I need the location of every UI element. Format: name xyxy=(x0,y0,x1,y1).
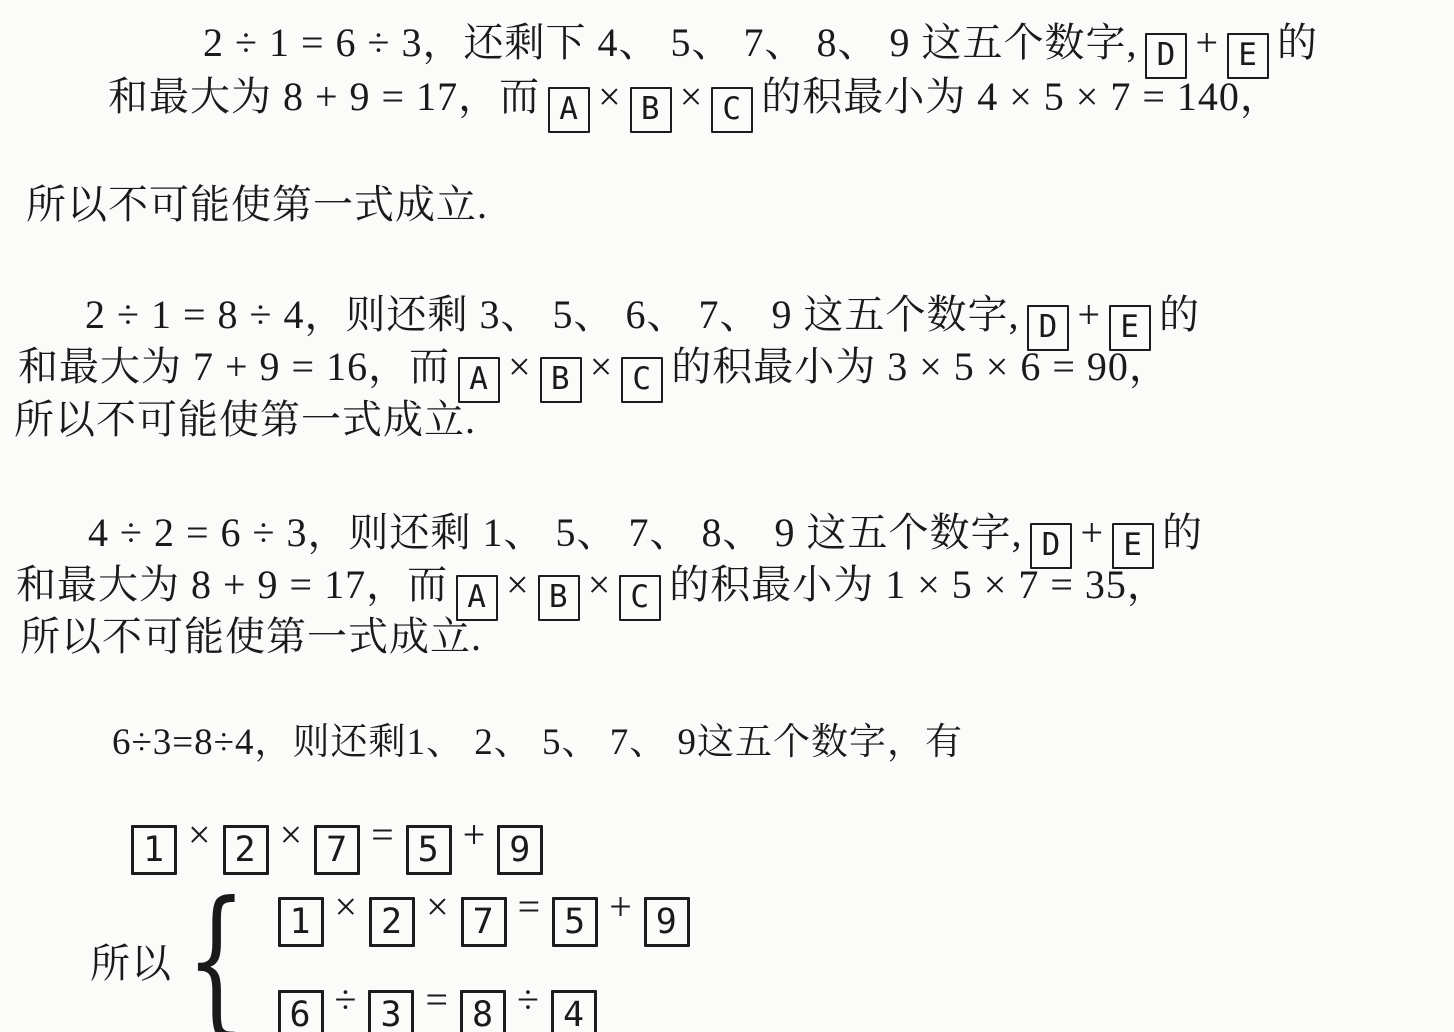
boxed-symbol: C xyxy=(711,87,753,133)
boxed-symbol: 8 xyxy=(460,990,506,1032)
text-run: + xyxy=(1080,510,1104,555)
scanned-document-page: 2 ÷ 1 = 6 ÷ 3，还剩下 4、 5、 7、 8、 9 这五个数字,D+… xyxy=(0,0,1454,1032)
text-run: × xyxy=(680,74,704,119)
text-run: 的 xyxy=(1159,292,1200,337)
text-run: 和最大为 8 + 9 = 17，而 xyxy=(108,74,540,119)
boxed-symbol: C xyxy=(619,575,661,621)
text-run: × xyxy=(508,344,532,389)
boxed-symbol: B xyxy=(538,575,580,621)
text-run: 6÷3=8÷4，则还剩1、 2、 5、 7、 9这五个数字，有 xyxy=(112,722,963,763)
text-run: × xyxy=(335,884,359,929)
boxed-symbol: B xyxy=(630,87,672,133)
text-run: 和最大为 7 + 9 = 16，而 xyxy=(18,344,450,389)
system-equation-1: 1×2×7=5+9 xyxy=(267,880,701,947)
text-run: = xyxy=(371,812,395,857)
para3-conclusion-line: 所以不可能使第一式成立. xyxy=(20,610,482,664)
boxed-symbol: 9 xyxy=(644,897,690,947)
text-run: 所以不可能使第一式成立. xyxy=(14,397,476,442)
text-run: + xyxy=(463,812,487,857)
boxed-symbol: 4 xyxy=(551,990,597,1032)
text-run: + xyxy=(1195,20,1219,65)
boxed-symbol: 7 xyxy=(314,825,360,875)
left-brace: { xyxy=(186,890,246,1030)
text-run: + xyxy=(609,884,633,929)
text-run: 所以不可能使第一式成立. xyxy=(26,182,488,227)
para4-line1: 6÷3=8÷4，则还剩1、 2、 5、 7、 9这五个数字，有 xyxy=(112,716,963,770)
text-run: × xyxy=(598,74,622,119)
boxed-symbol: 2 xyxy=(369,897,415,947)
boxed-symbol: C xyxy=(621,357,663,403)
text-run: × xyxy=(188,812,212,857)
boxed-symbol: 5 xyxy=(406,825,452,875)
text-run: 的 xyxy=(1162,510,1203,555)
conclusion-block: 所以 { 1×2×7=5+9 6÷3=8÷4 xyxy=(90,880,701,1032)
text-run: × xyxy=(590,344,614,389)
text-run: × xyxy=(588,562,612,607)
para1-conclusion-line: 所以不可能使第一式成立. xyxy=(26,178,488,232)
system-equation-2: 6÷3=8÷4 xyxy=(267,973,701,1032)
text-run: 的积最小为 1 × 5 × 7 = 35， xyxy=(669,562,1168,607)
boxed-symbol: A xyxy=(548,87,590,133)
boxed-symbol: 6 xyxy=(278,990,324,1032)
text-run: 所以不可能使第一式成立. xyxy=(20,614,482,659)
equation-standalone: 1×2×7=5+9 xyxy=(120,808,554,875)
text-run: 4 ÷ 2 = 6 ÷ 3，则还剩 1、 5、 7、 8、 9 这五个数字, xyxy=(88,510,1022,555)
boxed-symbol: 9 xyxy=(497,825,543,875)
para1-line2: 和最大为 8 + 9 = 17，而A×B×C的积最小为 4 × 5 × 7 = … xyxy=(108,70,1281,133)
text-run: = xyxy=(518,884,542,929)
boxed-symbol: B xyxy=(540,357,582,403)
text-run: = xyxy=(425,977,449,1022)
boxed-symbol: 7 xyxy=(461,897,507,947)
boxed-symbol: 1 xyxy=(131,825,177,875)
text-run: × xyxy=(280,812,304,857)
text-run: × xyxy=(426,884,450,929)
para2-conclusion-line: 所以不可能使第一式成立. xyxy=(14,393,476,447)
text-run: 2 ÷ 1 = 6 ÷ 3，还剩下 4、 5、 7、 8、 9 这五个数字, xyxy=(203,20,1137,65)
boxed-symbol: 5 xyxy=(552,897,598,947)
text-run: 的积最小为 4 × 5 × 7 = 140， xyxy=(761,74,1281,119)
boxed-symbol: 3 xyxy=(368,990,414,1032)
text-run: 2 ÷ 1 = 8 ÷ 4，则还剩 3、 5、 6、 7、 9 这五个数字, xyxy=(85,292,1019,337)
text-run: ÷ xyxy=(517,977,540,1022)
text-run: 的 xyxy=(1277,20,1318,65)
text-run: ÷ xyxy=(335,977,358,1022)
text-run: 的积最小为 3 × 5 × 6 = 90， xyxy=(671,344,1170,389)
text-run: × xyxy=(506,562,530,607)
boxed-symbol: 1 xyxy=(278,897,324,947)
conclusion-label: 所以 xyxy=(90,932,172,989)
text-run: 和最大为 8 + 9 = 17，而 xyxy=(16,562,448,607)
text-run: + xyxy=(1077,292,1101,337)
equation-system: 1×2×7=5+9 6÷3=8÷4 xyxy=(267,880,701,1032)
